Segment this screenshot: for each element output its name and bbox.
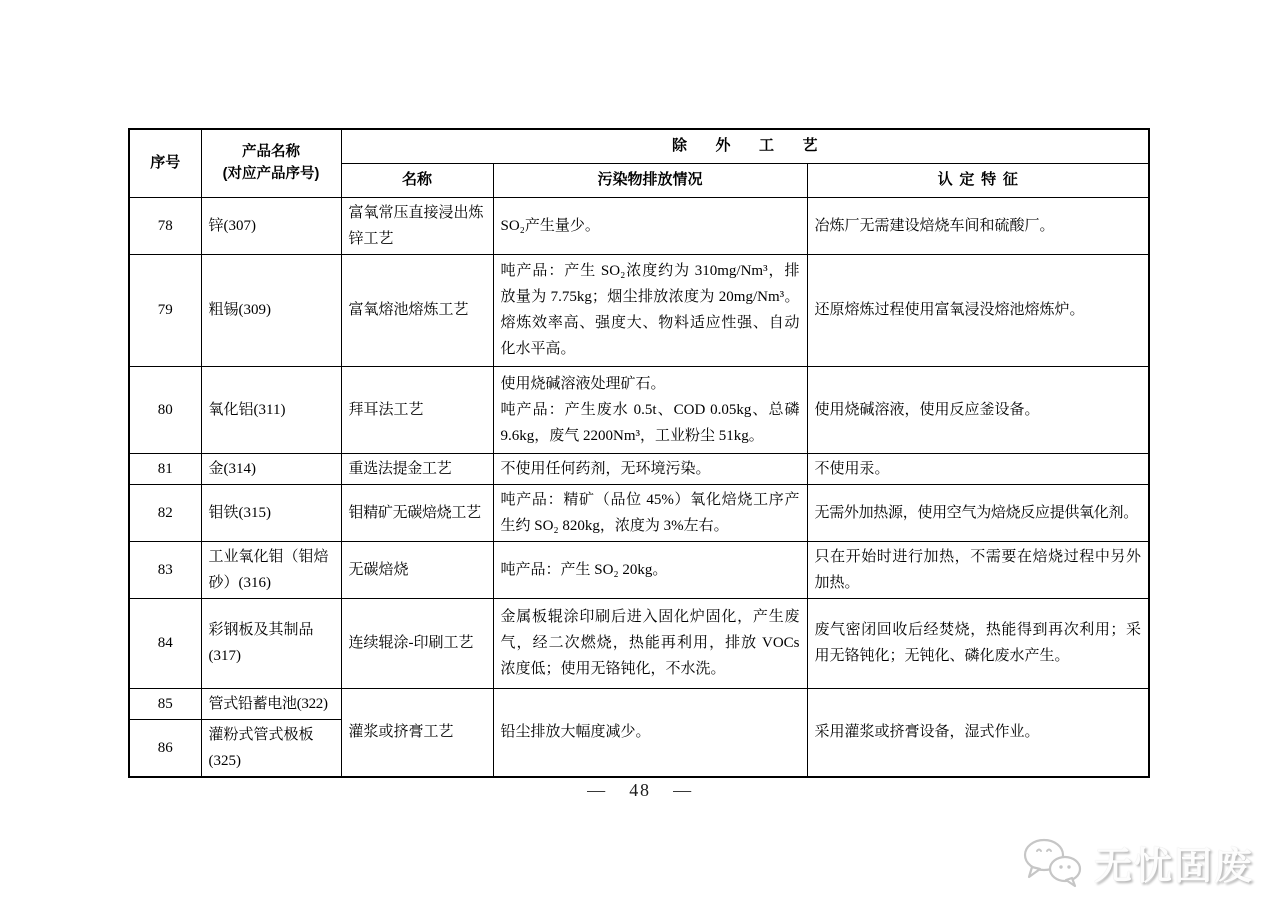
cell-feature: 冶炼厂无需建设焙烧车间和硫酸厂。 — [807, 197, 1149, 254]
cell-product: 锌(307) — [201, 197, 341, 254]
cell-seq: 83 — [129, 541, 201, 598]
table-row: 79 粗锡(309) 富氧熔池熔炼工艺 吨产品：产生 SO₂浓度约为 310mg… — [129, 254, 1149, 366]
cell-feature: 无需外加热源，使用空气为焙烧反应提供氧化剂。 — [807, 484, 1149, 541]
cell-process: 重选法提金工艺 — [341, 453, 493, 484]
cell-emission: SO₂产生量少。 — [493, 197, 807, 254]
cell-product: 工业氧化钼（钼焙砂）(316) — [201, 541, 341, 598]
cell-emission-merged: 铅尘排放大幅度减少。 — [493, 688, 807, 777]
table-row: 83 工业氧化钼（钼焙砂）(316) 无碳焙烧 吨产品：产生 SO₂ 20kg。… — [129, 541, 1149, 598]
header-process-name: 名称 — [341, 163, 493, 197]
cell-product: 灌粉式管式极板(325) — [201, 719, 341, 777]
cell-emission: 吨产品：精矿（品位 45%）氧化焙烧工序产生约 SO₂ 820kg，浓度为 3%… — [493, 484, 807, 541]
cell-process: 钼精矿无碳焙烧工艺 — [341, 484, 493, 541]
cell-feature: 废气密闭回收后经焚烧，热能得到再次利用；采用无铬钝化；无钝化、磷化废水产生。 — [807, 598, 1149, 688]
watermark-text: 无忧固废 — [1094, 835, 1254, 890]
cell-feature: 还原熔炼过程使用富氧浸没熔池熔炼炉。 — [807, 254, 1149, 366]
cell-product: 金(314) — [201, 453, 341, 484]
cell-seq: 84 — [129, 598, 201, 688]
exempt-process-table: 序号 产品名称 (对应产品序号) 除外工艺 名称 污染物排放情况 认定特征 78… — [128, 128, 1150, 778]
cell-feature: 只在开始时进行加热，不需要在焙烧过程中另外加热。 — [807, 541, 1149, 598]
cell-emission: 吨产品：产生 SO₂ 20kg。 — [493, 541, 807, 598]
cell-process: 连续辊涂-印刷工艺 — [341, 598, 493, 688]
table-row: 85 管式铅蓄电池(322) 灌浆或挤膏工艺 铅尘排放大幅度减少。 采用灌浆或挤… — [129, 688, 1149, 719]
cell-feature: 使用烧碱溶液，使用反应釜设备。 — [807, 366, 1149, 453]
cell-process: 富氧熔池熔炼工艺 — [341, 254, 493, 366]
header-feature: 认定特征 — [807, 163, 1149, 197]
cell-seq: 81 — [129, 453, 201, 484]
cell-product: 氧化铝(311) — [201, 366, 341, 453]
header-product-line1: 产品名称 — [206, 141, 337, 163]
table-row: 78 锌(307) 富氧常压直接浸出炼锌工艺 SO₂产生量少。 冶炼厂无需建设焙… — [129, 197, 1149, 254]
cell-emission: 吨产品：产生 SO₂浓度约为 310mg/Nm³，排放量为 7.75kg；烟尘排… — [493, 254, 807, 366]
document-page: { "table": { "header": { "seq": "序号", "p… — [0, 0, 1280, 904]
header-seq: 序号 — [129, 129, 201, 197]
page-number: — 48 — — [0, 780, 1280, 801]
cell-seq: 85 — [129, 688, 201, 719]
table-row: 82 钼铁(315) 钼精矿无碳焙烧工艺 吨产品：精矿（品位 45%）氧化焙烧工… — [129, 484, 1149, 541]
cell-product: 钼铁(315) — [201, 484, 341, 541]
header-product-line2: (对应产品序号) — [206, 163, 337, 185]
table-header: 序号 产品名称 (对应产品序号) 除外工艺 名称 污染物排放情况 认定特征 — [129, 129, 1149, 197]
wechat-icon — [1020, 837, 1084, 889]
cell-feature: 不使用汞。 — [807, 453, 1149, 484]
cell-process: 富氧常压直接浸出炼锌工艺 — [341, 197, 493, 254]
cell-seq: 82 — [129, 484, 201, 541]
cell-seq: 80 — [129, 366, 201, 453]
watermark: 无忧固废 — [1020, 835, 1254, 890]
cell-process: 无碳焙烧 — [341, 541, 493, 598]
cell-product: 管式铅蓄电池(322) — [201, 688, 341, 719]
header-emission: 污染物排放情况 — [493, 163, 807, 197]
cell-seq: 86 — [129, 719, 201, 777]
cell-process: 拜耳法工艺 — [341, 366, 493, 453]
table-row: 80 氧化铝(311) 拜耳法工艺 使用烧碱溶液处理矿石。 吨产品：产生废水 0… — [129, 366, 1149, 453]
table-row: 81 金(314) 重选法提金工艺 不使用任何药剂，无环境污染。 不使用汞。 — [129, 453, 1149, 484]
cell-feature-merged: 采用灌浆或挤膏设备，湿式作业。 — [807, 688, 1149, 777]
cell-emission: 金属板辊涂印刷后进入固化炉固化，产生废气，经二次燃烧，热能再利用，排放 VOCs… — [493, 598, 807, 688]
cell-process-merged: 灌浆或挤膏工艺 — [341, 688, 493, 777]
cell-emission: 不使用任何药剂，无环境污染。 — [493, 453, 807, 484]
cell-seq: 78 — [129, 197, 201, 254]
table-row: 84 彩钢板及其制品(317) 连续辊涂-印刷工艺 金属板辊涂印刷后进入固化炉固… — [129, 598, 1149, 688]
cell-product: 彩钢板及其制品(317) — [201, 598, 341, 688]
header-group-exempt-process: 除外工艺 — [341, 129, 1149, 163]
cell-emission: 使用烧碱溶液处理矿石。 吨产品：产生废水 0.5t、COD 0.05kg、总磷 … — [493, 366, 807, 453]
cell-seq: 79 — [129, 254, 201, 366]
cell-product: 粗锡(309) — [201, 254, 341, 366]
header-product: 产品名称 (对应产品序号) — [201, 129, 341, 197]
